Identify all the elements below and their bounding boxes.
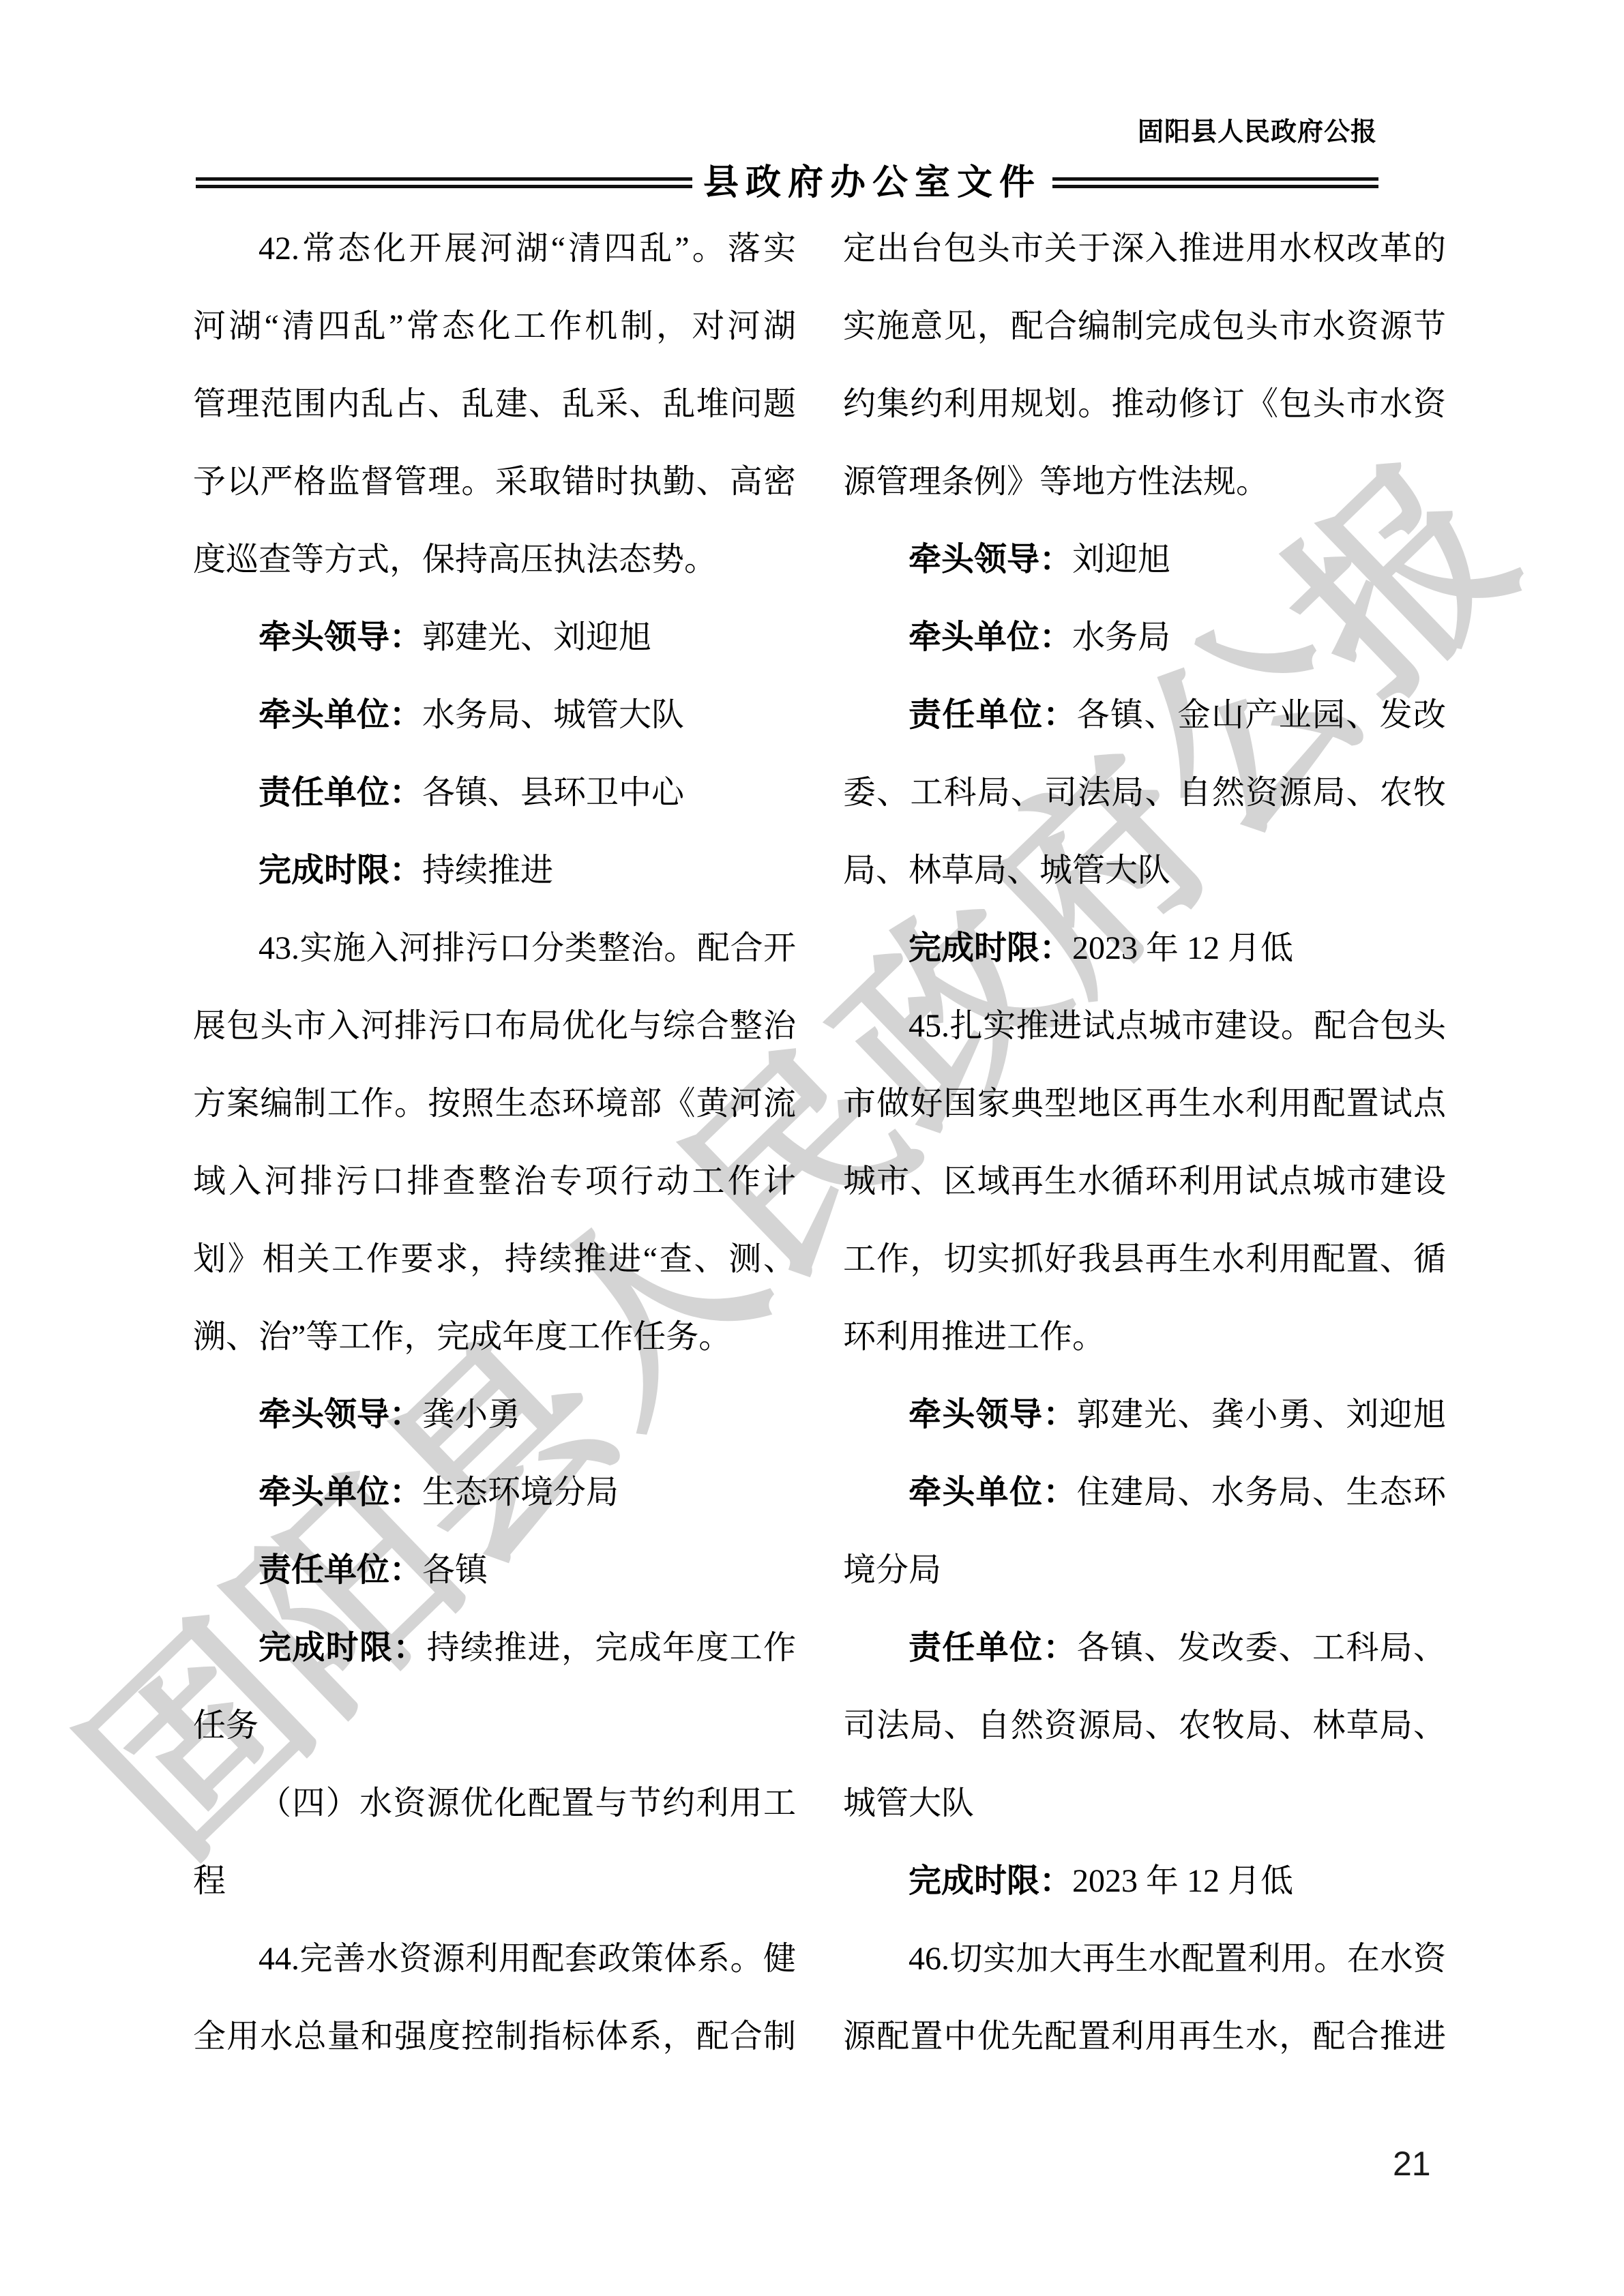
page-number: 21 bbox=[1393, 2145, 1431, 2183]
text-line: 牵头单位：生态环境分局 bbox=[193, 1454, 796, 1532]
text-line: 45.扎实推进试点城市建设。配合包头 bbox=[843, 987, 1446, 1065]
field-label: 完成时限： bbox=[259, 1630, 427, 1666]
text-line: 源管理条例》等地方性法规。 bbox=[843, 443, 1446, 521]
text-line: 河湖“清四乱”常态化工作机制，对河湖 bbox=[193, 288, 796, 366]
field-label: 责任单位： bbox=[909, 697, 1077, 733]
text-line: 程 bbox=[193, 1843, 796, 1920]
text-line: 完成时限：2023 年 12 月低 bbox=[843, 1843, 1446, 1920]
text-line: 牵头单位：水务局、城管大队 bbox=[193, 676, 796, 754]
text-line: 工作，切实抓好我县再生水利用配置、循 bbox=[843, 1221, 1446, 1298]
text-line: 方案编制工作。按照生态环境部《黄河流 bbox=[193, 1065, 796, 1143]
text-line: 司法局、自然资源局、农牧局、林草局、 bbox=[843, 1687, 1446, 1765]
text-line: 责任单位：各镇、金山产业园、发改 bbox=[843, 676, 1446, 754]
text-line: 完成时限：持续推进，完成年度工作 bbox=[193, 1609, 796, 1687]
text-line: 责任单位：各镇、县环卫中心 bbox=[193, 754, 796, 832]
field-label: 牵头领导： bbox=[909, 541, 1072, 578]
masthead-title: 固阳县人民政府公报 bbox=[1138, 119, 1377, 145]
field-label: 完成时限： bbox=[909, 1863, 1072, 1899]
field-label: 牵头领导： bbox=[259, 1397, 422, 1433]
text-line: 溯、治”等工作，完成年度工作任务。 bbox=[193, 1298, 796, 1376]
field-label: 责任单位： bbox=[909, 1630, 1077, 1666]
text-line: 域入河排污口排查整治专项行动工作计 bbox=[193, 1143, 796, 1221]
text-line: 牵头单位：水务局 bbox=[843, 599, 1446, 676]
text-line: 完成时限：2023 年 12 月低 bbox=[843, 910, 1446, 987]
text-line: 度巡查等方式，保持高压执法态势。 bbox=[193, 521, 796, 599]
text-line: 牵头领导：刘迎旭 bbox=[843, 521, 1446, 599]
right-column: 定出台包头市关于深入推进用水权改革的实施意见，配合编制完成包头市水资源节约集约利… bbox=[843, 210, 1446, 2076]
text-line: 源配置中优先配置利用再生水，配合推进 bbox=[843, 1998, 1446, 2076]
text-line: 牵头领导：郭建光、刘迎旭 bbox=[193, 599, 796, 676]
field-label: 牵头领导： bbox=[259, 619, 422, 655]
text-line: （四）水资源优化配置与节约利用工 bbox=[193, 1765, 796, 1843]
field-label: 完成时限： bbox=[259, 852, 422, 889]
text-line: 约集约利用规划。推动修订《包头市水资 bbox=[843, 366, 1446, 443]
text-line: 42.常态化开展河湖“清四乱”。落实 bbox=[193, 210, 796, 288]
field-label: 牵头单位： bbox=[259, 697, 422, 733]
banner-title: 县政府办公室文件 bbox=[692, 165, 1052, 200]
field-label: 牵头单位： bbox=[909, 619, 1072, 655]
text-line: 城市、区域再生水循环利用试点城市建设 bbox=[843, 1143, 1446, 1221]
text-line: 牵头领导：郭建光、龚小勇、刘迎旭 bbox=[843, 1376, 1446, 1454]
text-line: 46.切实加大再生水配置利用。在水资 bbox=[843, 1920, 1446, 1998]
double-rule-left bbox=[196, 177, 692, 188]
text-line: 44.完善水资源利用配套政策体系。健 bbox=[193, 1920, 796, 1998]
left-column: 42.常态化开展河湖“清四乱”。落实河湖“清四乱”常态化工作机制，对河湖管理范围… bbox=[193, 210, 796, 2076]
field-label: 责任单位： bbox=[259, 1552, 422, 1588]
text-line: 43.实施入河排污口分类整治。配合开 bbox=[193, 910, 796, 987]
field-label: 责任单位： bbox=[259, 775, 422, 811]
text-line: 牵头领导：龚小勇 bbox=[193, 1376, 796, 1454]
text-line: 任务 bbox=[193, 1687, 796, 1765]
text-line: 环利用推进工作。 bbox=[843, 1298, 1446, 1376]
text-line: 定出台包头市关于深入推进用水权改革的 bbox=[843, 210, 1446, 288]
text-line: 责任单位：各镇 bbox=[193, 1532, 796, 1609]
text-line: 管理范围内乱占、乱建、乱采、乱堆问题 bbox=[193, 366, 796, 443]
text-line: 委、工科局、司法局、自然资源局、农牧 bbox=[843, 754, 1446, 832]
document-page: 固阳县人民政府公报 固阳县人民政府公报 县政府办公室文件 42.常态化开展河湖“… bbox=[0, 0, 1624, 2296]
text-line: 完成时限：持续推进 bbox=[193, 832, 796, 910]
text-line: 予以严格监督管理。采取错时执勤、高密 bbox=[193, 443, 796, 521]
text-line: 牵头单位：住建局、水务局、生态环 bbox=[843, 1454, 1446, 1532]
text-line: 城管大队 bbox=[843, 1765, 1446, 1843]
text-line: 全用水总量和强度控制指标体系，配合制 bbox=[193, 1998, 796, 2076]
text-line: 责任单位：各镇、发改委、工科局、 bbox=[843, 1609, 1446, 1687]
field-label: 牵头单位： bbox=[259, 1474, 422, 1510]
field-label: 完成时限： bbox=[909, 930, 1072, 966]
text-line: 市做好国家典型地区再生水利用配置试点 bbox=[843, 1065, 1446, 1143]
double-rule-right bbox=[1052, 177, 1378, 188]
field-label: 牵头单位： bbox=[909, 1474, 1077, 1510]
text-line: 实施意见，配合编制完成包头市水资源节 bbox=[843, 288, 1446, 366]
text-line: 划》相关工作要求，持续推进“查、测、 bbox=[193, 1221, 796, 1298]
text-line: 展包头市入河排污口布局优化与综合整治 bbox=[193, 987, 796, 1065]
field-label: 牵头领导： bbox=[909, 1397, 1077, 1433]
text-line: 局、林草局、城管大队 bbox=[843, 832, 1446, 910]
header-banner: 县政府办公室文件 bbox=[196, 143, 1378, 222]
text-line: 境分局 bbox=[843, 1532, 1446, 1609]
